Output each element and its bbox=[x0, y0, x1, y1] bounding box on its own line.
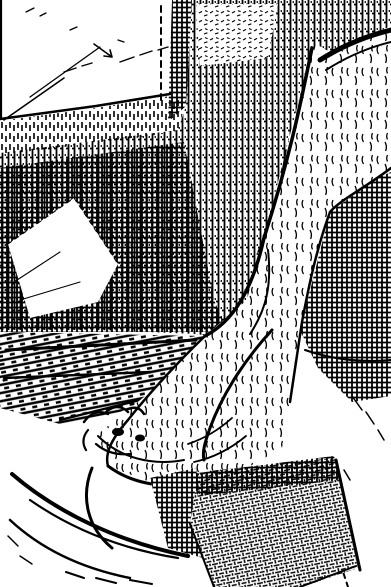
etching-canvas bbox=[0, 0, 391, 587]
finger-shadow bbox=[135, 435, 145, 442]
engraving-illustration bbox=[0, 0, 391, 587]
finger-shadow bbox=[112, 428, 124, 436]
wall-light-patch bbox=[196, 4, 278, 66]
wicker-basket bbox=[190, 456, 360, 587]
